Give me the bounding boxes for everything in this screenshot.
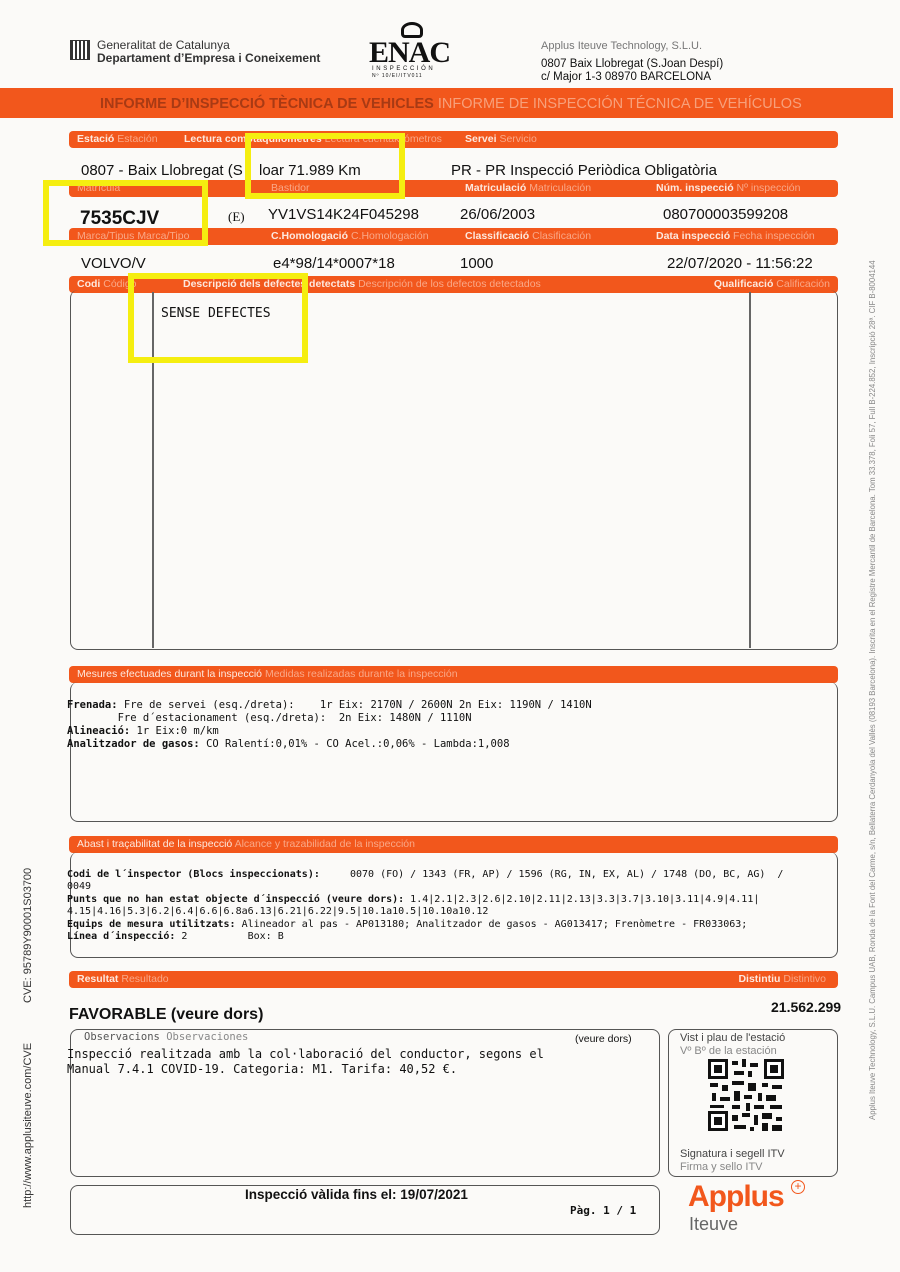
report-title-ca: INFORME D’INSPECCIÓ TÈCNICA DE VEHICLES [100, 96, 434, 112]
label-medidas: Medidas realizadas durante la inspección [265, 668, 458, 680]
label-homologacio: C.Homologació [271, 230, 348, 242]
report-title-band: INFORME D’INSPECCIÓ TÈCNICA DE VEHICLES … [0, 88, 893, 118]
value-estacio: 0807 - Baix Llobregat (S [81, 162, 243, 179]
gov-line2: Departament d’Empresa i Coneixement [97, 51, 320, 65]
value-classificacio: 1000 [460, 255, 493, 272]
abast-label-bar: Abast i traçabilitat de la inspecció Alc… [69, 836, 838, 853]
side-cve: CVE: 95789Y90001S03700 [22, 868, 34, 1003]
value-servei: PR - PR Inspecció Periòdica Obligatòria [451, 162, 717, 179]
page-number: Pàg. 1 / 1 [570, 1204, 636, 1217]
label-matriculacio: Matriculació [465, 182, 526, 194]
station-address-2: c/ Major 1-3 08970 BARCELONA [541, 71, 711, 83]
abast-line: Línea d´inspecció: 2 Box: B [67, 931, 783, 944]
label-codi: Codi [77, 278, 100, 290]
stamp-title-ca: Vist i plau de l'estació [680, 1032, 785, 1044]
abast-line: Codi de l´inspector (Blocs inspeccionats… [67, 869, 783, 882]
mesures-line: Fre d´estacionament (esq./dreta): 2n Eix… [67, 712, 592, 725]
label-servei: Servei [465, 133, 497, 145]
label-mesures: Mesures efectuades durant la inspecció [77, 668, 262, 680]
label-distintiu: Distintiu [738, 973, 780, 985]
label-classificacio: Classificació [465, 230, 529, 242]
abast-line: 4.15|4.16|5.3|6.2|6.4|6.6|6.8a6.13|6.21|… [67, 906, 783, 919]
observations-note: (veure dors) [575, 1033, 632, 1045]
label-estacio: Estació [77, 133, 114, 145]
label-resultado: Resultado [121, 973, 168, 985]
enac-number: Nº 10/EI/ITV011 [372, 73, 423, 79]
observations-line-1: Inspecció realitzada amb la col·laboraci… [67, 1047, 544, 1061]
label-distintivo: Distintivo [783, 973, 826, 985]
label-data-inspeccio: Data inspecció [656, 230, 730, 242]
result-verdict: FAVORABLE (veure dors) [69, 1006, 263, 1024]
gov-line1: Generalitat de Catalunya [97, 38, 230, 52]
stamp-title-es: Vº Bº de la estación [680, 1045, 777, 1057]
mesures-label-bar: Mesures efectuades durant la inspecció M… [69, 666, 838, 683]
applus-logo: Applus + [688, 1180, 784, 1214]
abast-line: Equips de mesura utilitzats: Alineador a… [67, 919, 783, 932]
label-resultat: Resultat [77, 973, 118, 985]
mesures-text: Frenada: Fre de servei (esq./dreta): 1r … [67, 686, 592, 764]
generalitat-logo-icon [70, 40, 90, 60]
mesures-line: Analitzador de gasos: CO Ralentí:0,01% -… [67, 738, 592, 751]
station-address-1: 0807 Baix Llobregat (S.Joan Despí) [541, 58, 723, 70]
side-legal-text: Applus Iteuve Technology, S.L.U. Campus … [868, 260, 877, 1120]
highlight-plate [43, 180, 208, 246]
label-num-inspeccion: Nº inspección [737, 182, 801, 194]
highlight-defects [128, 273, 308, 363]
value-marca: VOLVO/V [81, 255, 146, 272]
label-fecha-inspeccion: Fecha inspección [733, 230, 815, 242]
label-clasificacion: Clasificación [532, 230, 591, 242]
label-qualificacio: Qualificació [714, 278, 774, 290]
observations-label: Observacions Observaciones [84, 1031, 248, 1043]
label-descripcion: Descripción de los defectos detectados [358, 278, 541, 290]
value-matriculacio: 26/06/2003 [460, 206, 535, 223]
stamp-sign-ca: Signatura i segell ITV [680, 1148, 785, 1160]
plus-circle-icon: + [791, 1180, 805, 1194]
label-calificacion: Calificación [776, 278, 830, 290]
value-bastidor: YV1VS14K24F045298 [268, 206, 419, 223]
side-url: http://www.applusiteuve.com/CVE [22, 1043, 34, 1208]
report-title-es: INFORME DE INSPECCIÓN TÉCNICA DE VEHÍCUL… [438, 96, 802, 112]
brand-name: Applus [688, 1180, 784, 1213]
mesures-line: Alineació: 1r Eix:0 m/km [67, 725, 592, 738]
observations-line-2: Manual 7.4.1 COVID-19. Categoria: M1. Ta… [67, 1062, 457, 1076]
defects-col-divider-2 [749, 292, 751, 648]
label-alcance: Alcance y trazabilidad de la inspección [235, 838, 415, 850]
label-num-inspeccio: Núm. inspecció [656, 182, 734, 194]
enac-sub: INSPECCIÓN [372, 66, 435, 72]
stamp-sign-es: Firma y sello ITV [680, 1161, 763, 1173]
value-num-inspeccio: 080700003599208 [663, 206, 788, 223]
label-homologacion: C.Homologación [351, 230, 429, 242]
enac-logo: ENAC [369, 36, 450, 70]
distintiu-number: 21.562.299 [771, 999, 841, 1015]
abast-line: 0049 [67, 881, 783, 894]
row1-label-bar: Estació Estación Lectura comptaquilòmetr… [69, 131, 838, 148]
valid-until: Inspecció vàlida fins el: 19/07/2021 [245, 1187, 468, 1202]
label-abast: Abast i traçabilitat de la inspecció [77, 838, 232, 850]
company-name: Applus Iteuve Technology, S.L.U. [541, 40, 702, 52]
value-pais: (E) [228, 209, 245, 225]
label-matriculacion: Matriculación [529, 182, 591, 194]
value-homologacio: e4*98/14*0007*18 [273, 255, 395, 272]
brand-sub: Iteuve [689, 1214, 738, 1235]
abast-line: Punts que no han estat objecte d´inspecc… [67, 894, 783, 907]
label-servicio: Servicio [499, 133, 536, 145]
highlight-odometer [245, 133, 405, 199]
qr-code-icon [708, 1059, 784, 1131]
abast-text: Codi de l´inspector (Blocs inspeccionats… [67, 856, 783, 956]
value-data-inspeccio: 22/07/2020 - 11:56:22 [667, 255, 813, 272]
label-estacion: Estación [117, 133, 157, 145]
resultat-label-bar: Resultat Resultado Distintiu Distintivo [69, 971, 838, 988]
mesures-line: Frenada: Fre de servei (esq./dreta): 1r … [67, 699, 592, 712]
